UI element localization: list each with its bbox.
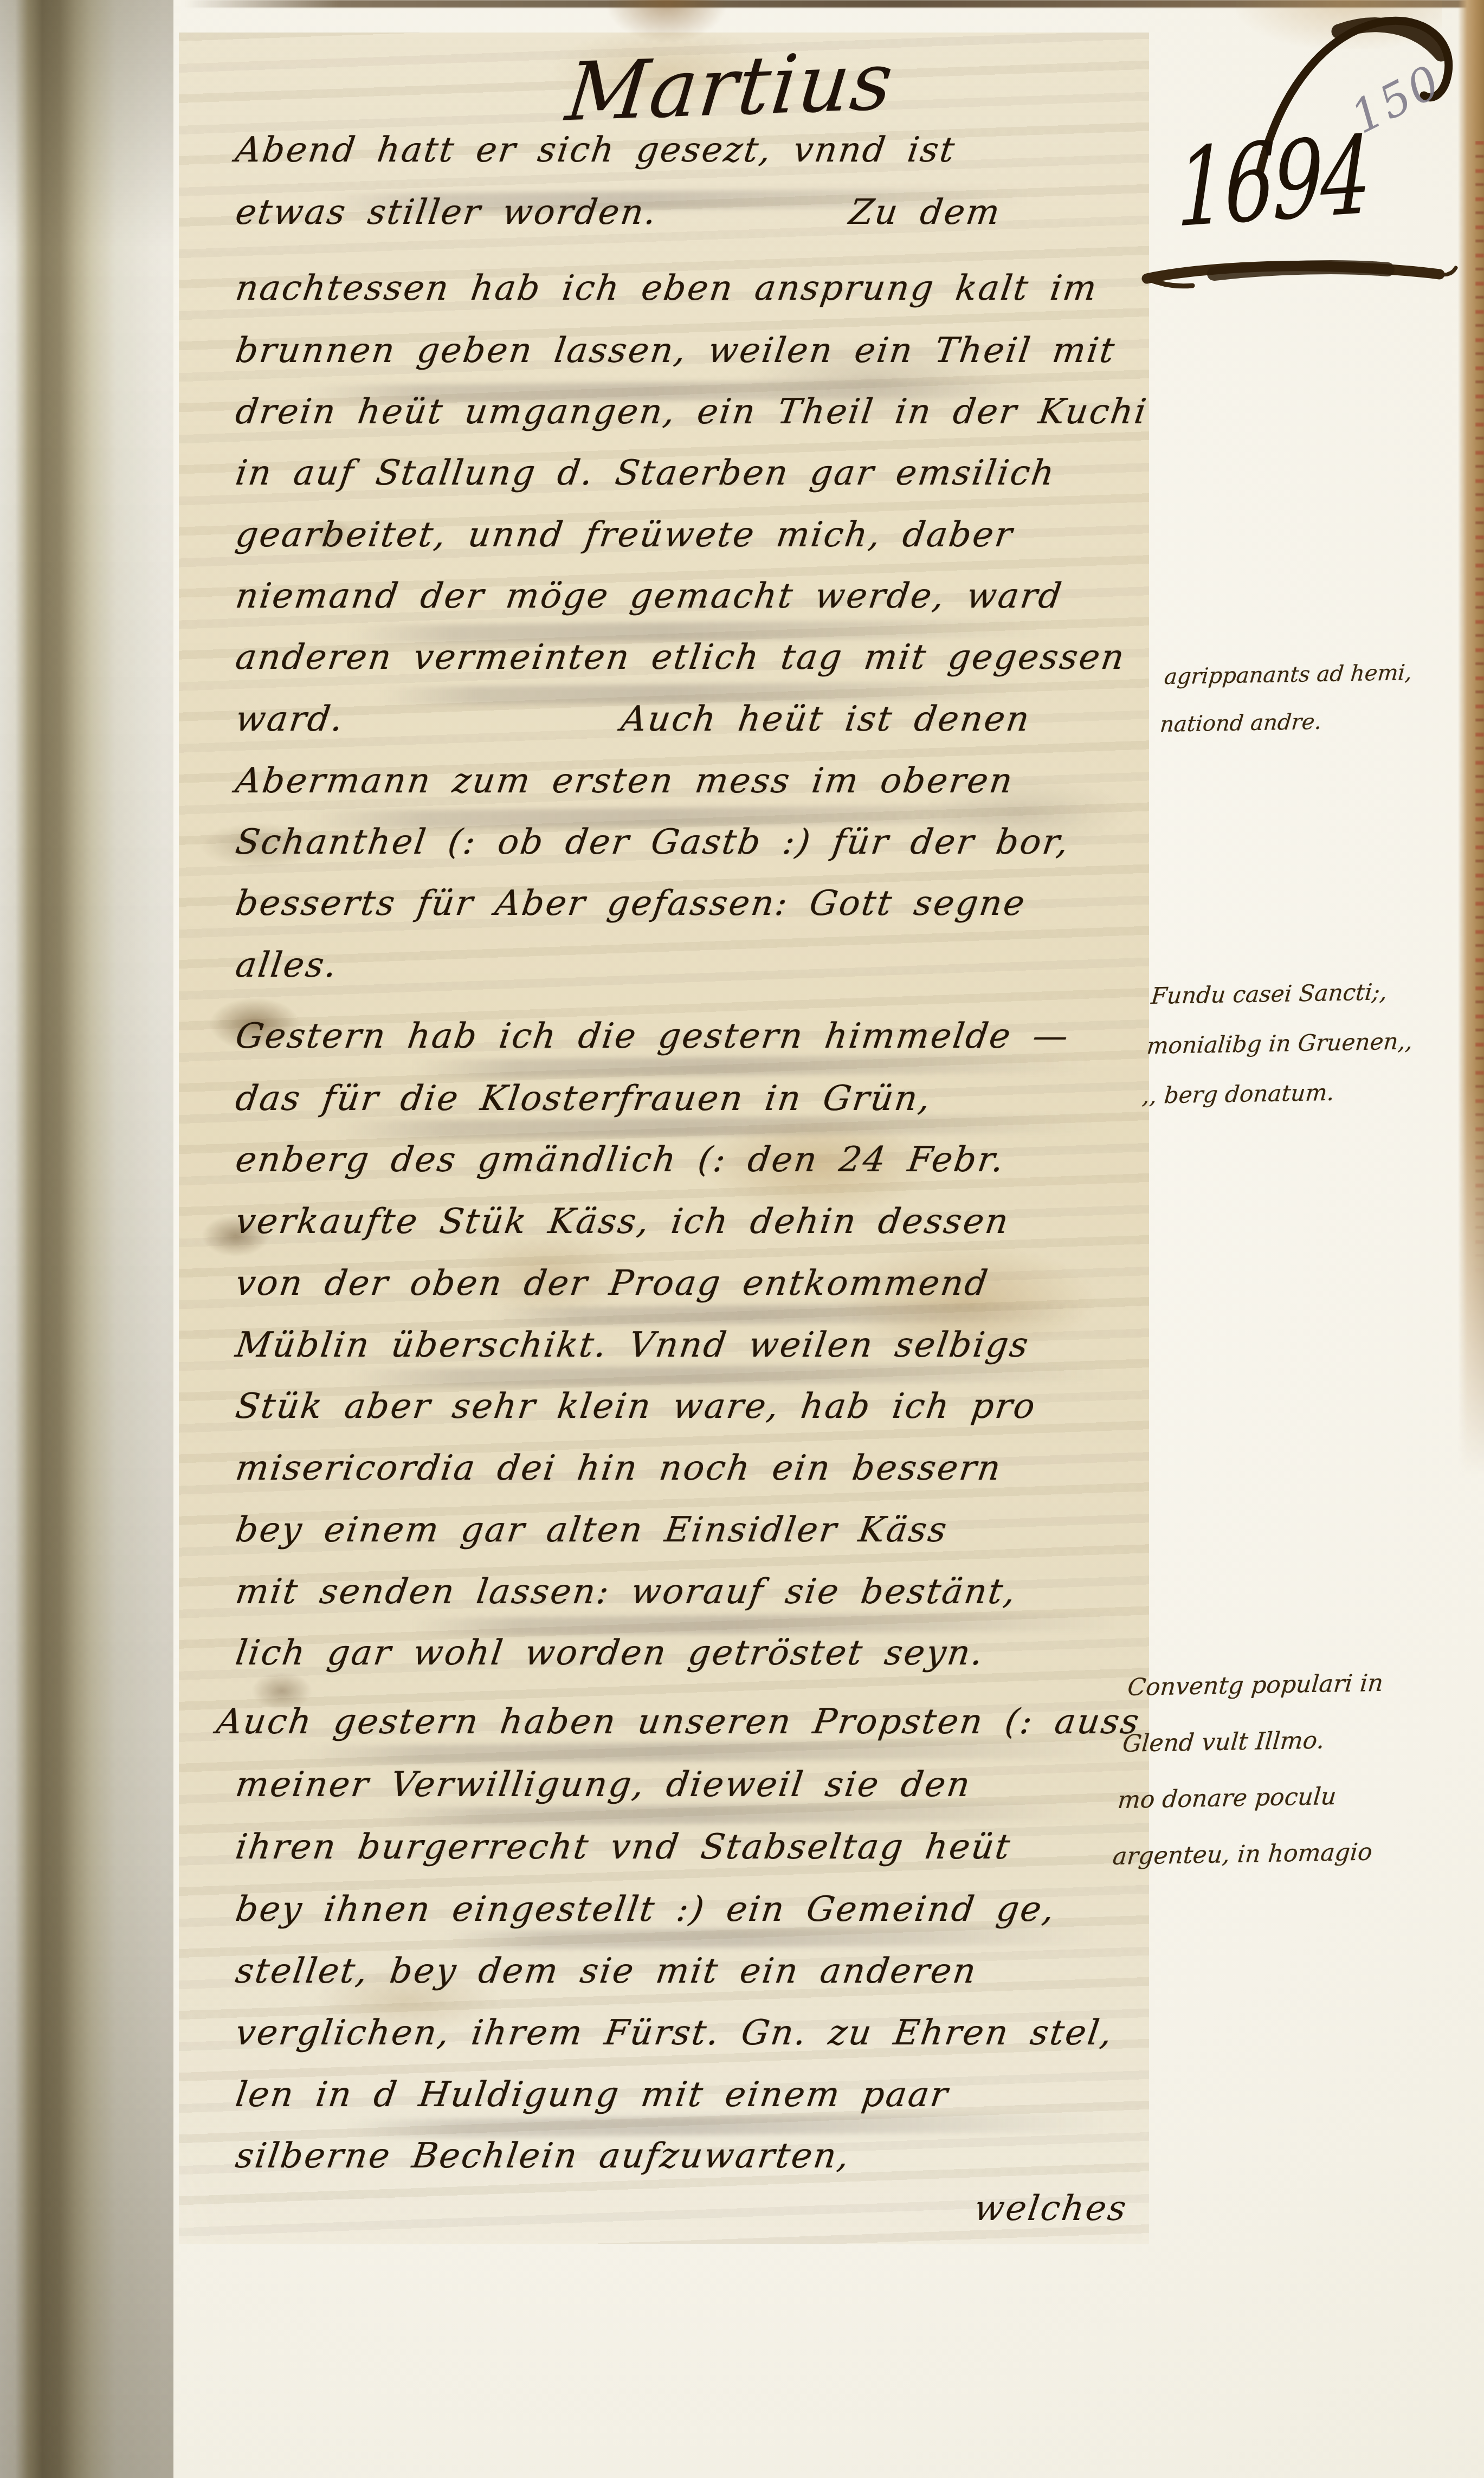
manuscript-line: mit senden lassen: worauf sie bestänt, [233, 1572, 1020, 1612]
manuscript-line: das für die Klosterfrauen in Grün, [233, 1079, 934, 1119]
manuscript-line: drein heüt umgangen, ein Theil in der Ku… [233, 392, 1150, 432]
manuscript-line: etwas stiller worden. Zu dem [233, 192, 1004, 233]
manuscript-line: silberne Bechlein aufzuwarten, [233, 2136, 853, 2176]
catchword: welches [864, 2189, 1130, 2229]
manuscript-line: besserts für Aber gefassen: Gott segne [233, 883, 1029, 924]
manuscript-line: Müblin überschikt. Vnnd weilen selbigs [233, 1325, 1032, 1365]
manuscript-line: Abend hatt er sich gesezt, vnnd ist [233, 130, 958, 170]
manuscript-line: nachtessen hab ich eben ansprung kalt im [233, 268, 1101, 308]
margin-note-1: agrippanants ad hemi, nationd andre. [1158, 648, 1481, 748]
manuscript-line: bey einem gar alten Einsidler Käss [233, 1510, 951, 1550]
margin-note-2: Fundu casei Sancti;, monialibg in Gruene… [1140, 965, 1481, 1120]
manuscript-line: niemand der möge gemacht werde, ward [233, 576, 1066, 616]
manuscript-line: misericordia dei hin noch ein bessern [233, 1448, 1004, 1488]
manuscript-line: Schanthel (: ob der Gastb :) für der bor… [233, 822, 1073, 862]
manuscript-line: brunnen geben lassen, weilen ein Theil m… [233, 331, 1118, 371]
manuscript-line: Gestern hab ich die gestern himmelde — [233, 1016, 1072, 1056]
manuscript-line: meiner Verwilligung, dieweil sie den [233, 1765, 974, 1805]
manuscript-line: stellet, bey dem sie mit ein anderen [233, 1951, 980, 1991]
manuscript-line: len in d Huldigung mit einem paar [233, 2075, 952, 2115]
manuscript-line: bey ihnen eingestellt :) ein Gemeind ge, [233, 1889, 1058, 1930]
manuscript-line: in auf Stallung d. Staerben gar emsilich [233, 453, 1058, 493]
manuscript-line: verkaufte Stük Käss, ich dehin dessen [233, 1202, 1012, 1242]
manuscript-page: Martius 1694 150 Abend hatt er sich gese… [0, 0, 1484, 2478]
manuscript-line: lich gar wohl worden getröstet seyn. [233, 1633, 987, 1673]
manuscript-body: Abend hatt er sich gesezt, vnnd istetwas… [0, 0, 1484, 2478]
manuscript-line: Abermann zum ersten mess im oberen [233, 761, 1016, 801]
manuscript-line: alles. [233, 945, 341, 985]
manuscript-line: ward. Auch heüt ist denen [233, 699, 1033, 739]
manuscript-line: gearbeitet, unnd freüwete mich, daber [233, 515, 1016, 555]
manuscript-line: enberg des gmändlich (: den 24 Febr. [233, 1140, 1008, 1180]
manuscript-line: anderen vermeinten etlich tag mit gegess… [233, 637, 1128, 677]
manuscript-line: ihren burgerrecht vnd Stabseltag heüt [233, 1827, 1014, 1867]
margin-note-3: Conventg populari in Glend vult Illmo. m… [1111, 1654, 1483, 1885]
manuscript-line: Stük aber sehr klein ware, hab ich pro [233, 1386, 1039, 1427]
manuscript-line: verglichen, ihrem Fürst. Gn. zu Ehren st… [233, 2013, 1116, 2053]
manuscript-line: Auch gestern haben unseren Propsten (: a… [214, 1702, 1143, 1742]
manuscript-line: von der oben der Proag entkommend [233, 1263, 991, 1303]
